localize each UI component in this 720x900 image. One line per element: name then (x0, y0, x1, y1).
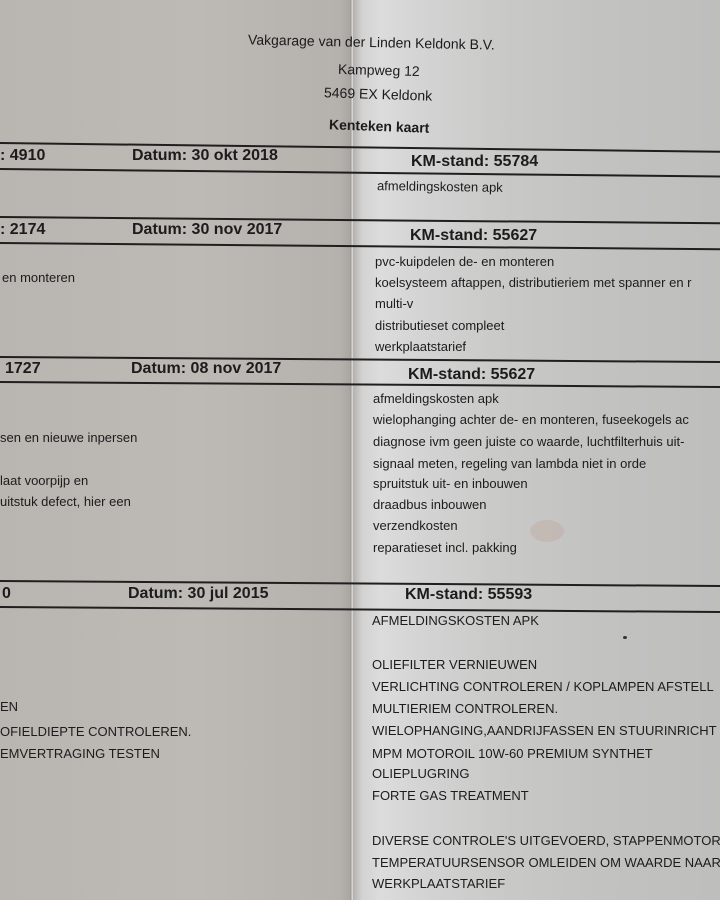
table-rule (0, 580, 720, 587)
table-rule (0, 356, 720, 363)
line-item: OLIEPLUGRING (372, 766, 470, 781)
company-name: Vakgarage van der Linden Keldonk B.V. (248, 31, 495, 52)
record-km: KM-stand: 55627 (410, 227, 537, 245)
company-street: Kampweg 12 (338, 61, 420, 79)
line-item: sen en nieuwe inpersen (0, 430, 137, 445)
line-item: EMVERTRAGING TESTEN (0, 746, 160, 761)
table-rule (0, 381, 720, 388)
line-item: TEMPERATUURSENSOR OMLEIDEN OM WAARDE NAA… (372, 855, 720, 870)
line-item: WERKPLAATSTARIEF (372, 876, 505, 891)
table-rule (0, 216, 720, 224)
line-item: WIELOPHANGING,AANDRIJFASSEN EN STUURINRI… (372, 723, 717, 738)
line-item: koelsysteem aftappen, distributieriem me… (375, 275, 692, 290)
record-date: Datum: 30 jul 2015 (128, 585, 269, 603)
line-item: afmeldingskosten apk (377, 178, 503, 195)
line-item: wielophanging achter de- en monteren, fu… (373, 412, 689, 427)
line-item: signaal meten, regeling van lambda niet … (373, 456, 646, 471)
record-date: Datum: 08 nov 2017 (131, 360, 281, 378)
line-item: afmeldingskosten apk (373, 391, 499, 406)
record-date: Datum: 30 okt 2018 (132, 147, 278, 165)
service-record-card: Vakgarage van der Linden Keldonk B.V. Ka… (0, 0, 720, 900)
document-title: Kenteken kaart (329, 116, 430, 135)
record-km: KM-stand: 55627 (408, 366, 535, 384)
line-item: uitstuk defect, hier een (0, 494, 131, 509)
line-item: OLIEFILTER VERNIEUWEN (372, 657, 537, 672)
line-item: pvc-kuipdelen de- en monteren (375, 254, 554, 269)
line-item: reparatieset incl. pakking (373, 540, 517, 555)
record-number: 1727 (5, 360, 41, 378)
paper-stain (530, 520, 564, 542)
line-item: VERLICHTING CONTROLEREN / KOPLAMPEN AFST… (372, 679, 714, 694)
line-item: distributieset compleet (375, 318, 504, 333)
line-item: FORTE GAS TREATMENT (372, 788, 529, 803)
company-postal-city: 5469 EX Keldonk (324, 84, 433, 103)
line-item: en monteren (2, 270, 75, 285)
line-item: AFMELDINGSKOSTEN APK (372, 613, 539, 628)
line-item: MULTIERIEM CONTROLEREN. (372, 701, 558, 716)
line-item: multi-v (375, 296, 413, 311)
record-km: KM-stand: 55784 (411, 153, 538, 171)
line-item: diagnose ivm geen juiste co waarde, luch… (373, 434, 684, 449)
table-rule (0, 168, 720, 178)
record-date: Datum: 30 nov 2017 (132, 221, 282, 239)
paper-speck (623, 636, 627, 639)
record-number: 0 (2, 585, 11, 603)
line-item: werkplaatstarief (375, 339, 466, 354)
line-item: laat voorpijp en (0, 473, 88, 488)
table-rule (0, 242, 720, 250)
table-rule (0, 606, 720, 613)
line-item: OFIELDIEPTE CONTROLEREN. (0, 724, 191, 739)
record-number: : 2174 (0, 221, 45, 239)
paper-fold (350, 0, 353, 900)
record-number: : 4910 (0, 147, 45, 165)
line-item: verzendkosten (373, 518, 458, 533)
record-km: KM-stand: 55593 (405, 586, 532, 604)
line-item: DIVERSE CONTROLE'S UITGEVOERD, STAPPENMO… (372, 833, 720, 848)
table-rule (0, 142, 720, 153)
line-item: spruitstuk uit- en inbouwen (373, 476, 528, 491)
line-item: MPM MOTOROIL 10W-60 PREMIUM SYNTHET (372, 746, 653, 761)
line-item: EN (0, 699, 18, 714)
line-item: draadbus inbouwen (373, 497, 486, 512)
